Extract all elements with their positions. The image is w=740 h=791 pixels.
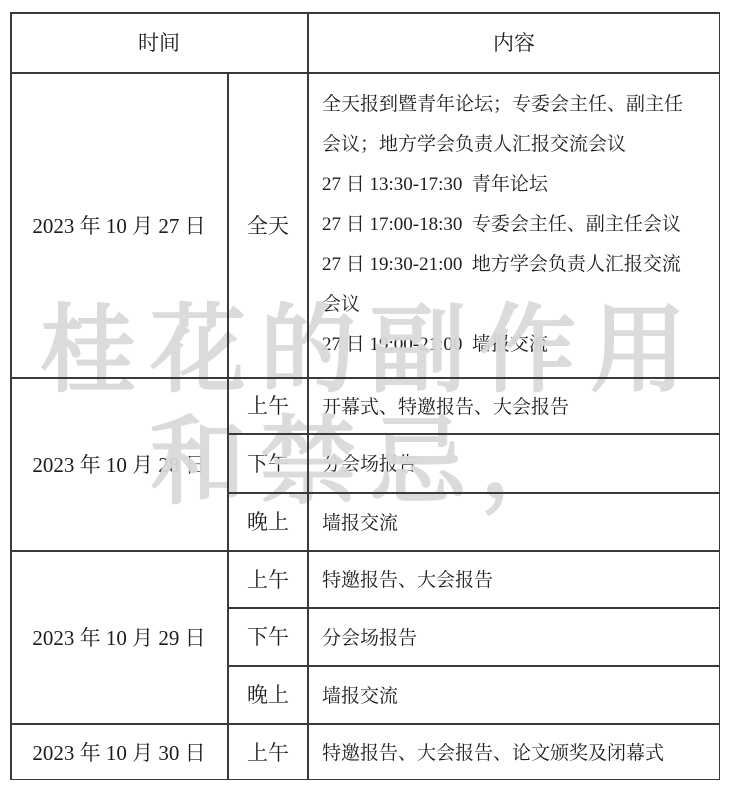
period-cell-day4-morning: 上午 — [228, 723, 308, 780]
content-cell-day3-afternoon: 分会场报告 — [322, 607, 718, 665]
date-cell-day3: 2023 年 10 月 29 日 — [10, 550, 228, 723]
content-cell-day3-morning: 特邀报告、大会报告 — [322, 550, 718, 607]
watermark-overlay: 桂花的副作用 和禁忌， — [0, 294, 740, 518]
content-line: 会议；地方学会负责人汇报交流会议 — [322, 125, 718, 165]
period-cell-day3-evening: 晚上 — [228, 665, 308, 723]
period-cell-day3-morning: 上午 — [228, 550, 308, 607]
content-cell-day4-morning: 特邀报告、大会报告、论文颁奖及闭幕式 — [322, 723, 718, 780]
content-cell-day3-evening: 墙报交流 — [322, 665, 718, 723]
watermark-line2: 和禁忌， — [0, 406, 740, 518]
content-line: 全天报到暨青年论坛；专委会主任、副主任 — [322, 85, 718, 125]
content-line: 27 日 13:30-17:30 青年论坛 — [322, 165, 718, 205]
date-cell-day4: 2023 年 10 月 30 日 — [10, 723, 228, 780]
header-content-cell: 内容 — [308, 12, 720, 72]
content-line: 27 日 17:00-18:30 专委会主任、副主任会议 — [322, 205, 718, 245]
period-cell-day3-afternoon: 下午 — [228, 607, 308, 665]
watermark-line1: 桂花的副作用 — [0, 294, 740, 406]
content-line: 27 日 19:30-21:00 地方学会负责人汇报交流 — [322, 245, 718, 285]
header-time-cell: 时间 — [10, 12, 308, 72]
schedule-page: 时间 内容 2023 年 10 月 27 日 全天 全天报到暨青年论坛；专委会主… — [0, 0, 740, 791]
